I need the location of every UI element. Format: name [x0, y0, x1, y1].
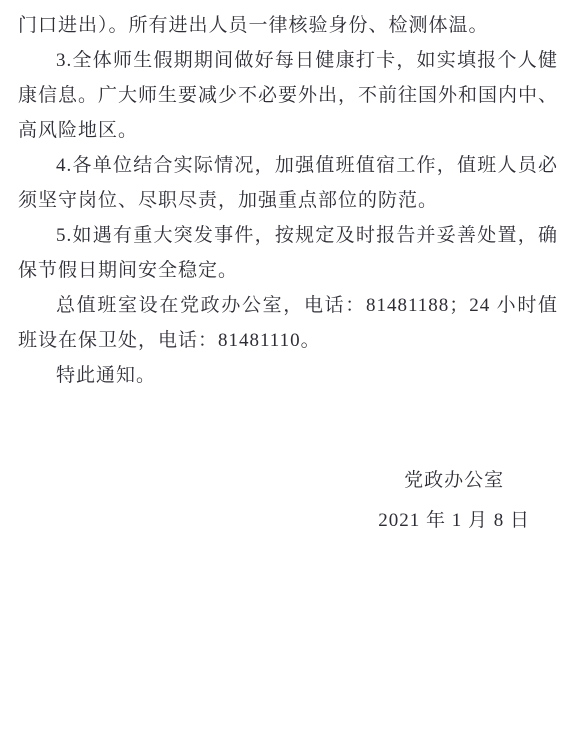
- body-paragraph: 4.各单位结合实际情况，加强值班值宿工作，值班人员必须坚守岗位、尽职尽责，加强重…: [18, 148, 558, 218]
- body-paragraph: 总值班室设在党政办公室，电话：81481188；24 小时值班设在保卫处，电话：…: [18, 288, 558, 358]
- signature-block: 党政办公室 2021 年 1 月 8 日: [378, 461, 530, 541]
- document-page: 门口进出）。所有进出人员一律核验身份、检测体温。 3.全体师生假期期间做好每日健…: [0, 0, 576, 753]
- signature-date: 2021 年 1 月 8 日: [378, 501, 530, 541]
- document-body: 门口进出）。所有进出人员一律核验身份、检测体温。 3.全体师生假期期间做好每日健…: [18, 8, 558, 393]
- body-paragraph: 5.如遇有重大突发事件，按规定及时报告并妥善处置，确保节假日期间安全稳定。: [18, 218, 558, 288]
- body-paragraph: 门口进出）。所有进出人员一律核验身份、检测体温。: [18, 8, 558, 43]
- body-paragraph: 特此通知。: [18, 358, 558, 393]
- signature-org: 党政办公室: [378, 461, 530, 501]
- body-paragraph: 3.全体师生假期期间做好每日健康打卡，如实填报个人健康信息。广大师生要减少不必要…: [18, 43, 558, 148]
